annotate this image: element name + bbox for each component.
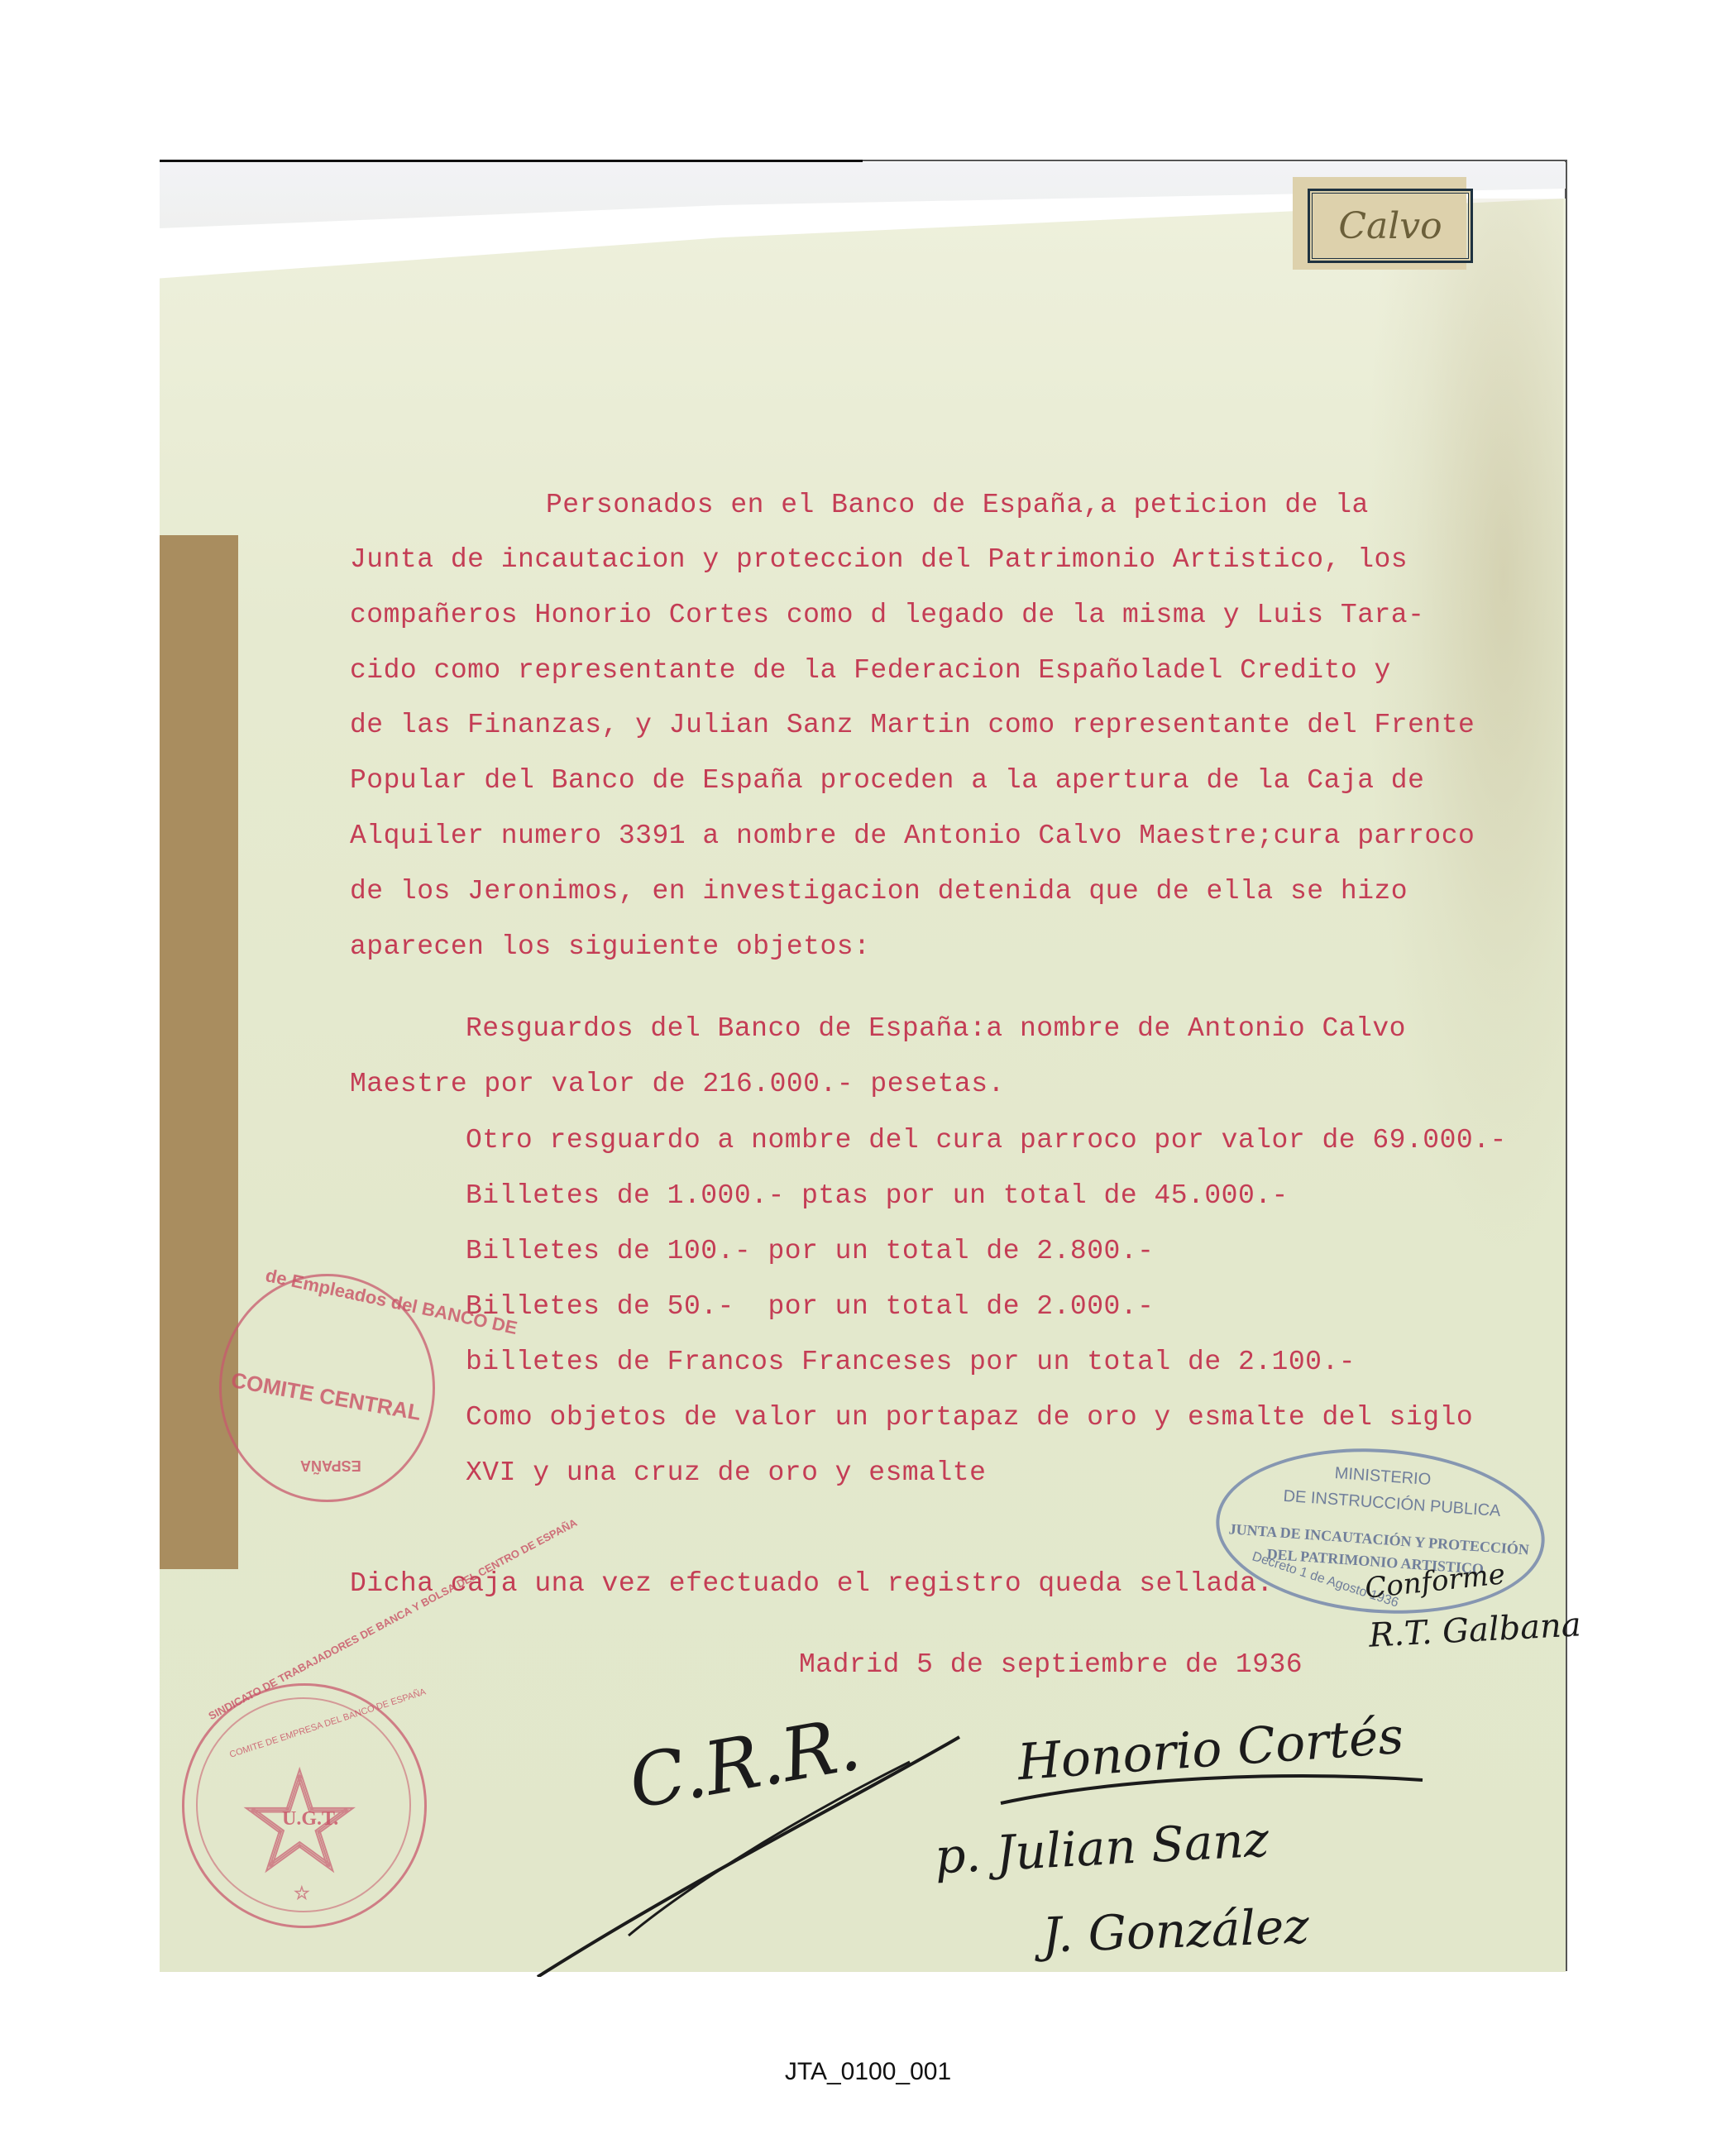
scan-border-top-right: [863, 160, 1566, 161]
stamp-text: U.G.T.: [282, 1808, 338, 1831]
text-line: Alquiler numero 3391 a nombre de Antonio…: [350, 821, 1475, 851]
item-line: Billetes de 50.- por un total de 2.000.-: [466, 1291, 1154, 1322]
small-star-icon: ☆: [294, 1883, 310, 1904]
stamp-text: DE INSTRUCCIÓN PUBLICA: [1283, 1487, 1501, 1521]
item-line: Billetes de 100.- por un total de 2.800.…: [466, 1236, 1154, 1266]
signature-gonzalez: J. González: [1041, 1898, 1310, 1963]
item-line: Como objetos de valor un portapaz de oro…: [466, 1402, 1473, 1433]
item-line: billetes de Francos Franceses por un tot…: [466, 1347, 1356, 1377]
item-line: Resguardos del Banco de España:a nombre …: [466, 1013, 1406, 1044]
stamp-text: COMITE CENTRAL: [229, 1367, 423, 1426]
name-label: Calvo: [1308, 189, 1473, 263]
item-line: Billetes de 1.000.- ptas por un total de…: [466, 1180, 1289, 1211]
text-line: cido como representante de la Federacion…: [350, 655, 1391, 686]
signature-flourish: [529, 1729, 992, 1977]
signature-underline: [992, 1770, 1456, 1820]
comite-central-stamp: de Empleados del BANCO DE COMITE CENTRAL…: [219, 1274, 435, 1502]
place-date: Madrid 5 de septiembre de 1936: [799, 1649, 1303, 1680]
text-line: de las Finanzas, y Julian Sanz Martin co…: [350, 710, 1475, 740]
scan-border-top: [160, 160, 863, 162]
text-line: compañeros Honorio Cortes como d legado …: [350, 600, 1424, 630]
item-line: XVI y una cruz de oro y esmalte: [466, 1457, 986, 1488]
text-line: de los Jeronimos, en investigacion deten…: [350, 876, 1408, 907]
text-line: Junta de incautacion y proteccion del Pa…: [350, 544, 1408, 575]
text-line: Personados en el Banco de España,a petic…: [546, 490, 1369, 520]
stamp-text: ESPAÑA: [300, 1457, 361, 1474]
stamp-text: MINISTERIO: [1334, 1464, 1432, 1490]
item-line: Maestre por valor de 216.000.- pesetas.: [350, 1069, 1005, 1099]
item-line: Otro resguardo a nombre del cura parroco…: [466, 1125, 1507, 1156]
file-identifier: JTA_0100_001: [0, 2058, 1736, 2086]
name-label-text: Calvo: [1338, 205, 1442, 247]
ugt-stamp: SINDICATO DE TRABAJADORES DE BANCA Y BOL…: [182, 1683, 427, 1928]
text-line: Popular del Banco de España proceden a l…: [350, 765, 1424, 796]
text-line: aparecen los siguiente objetos:: [350, 931, 870, 962]
